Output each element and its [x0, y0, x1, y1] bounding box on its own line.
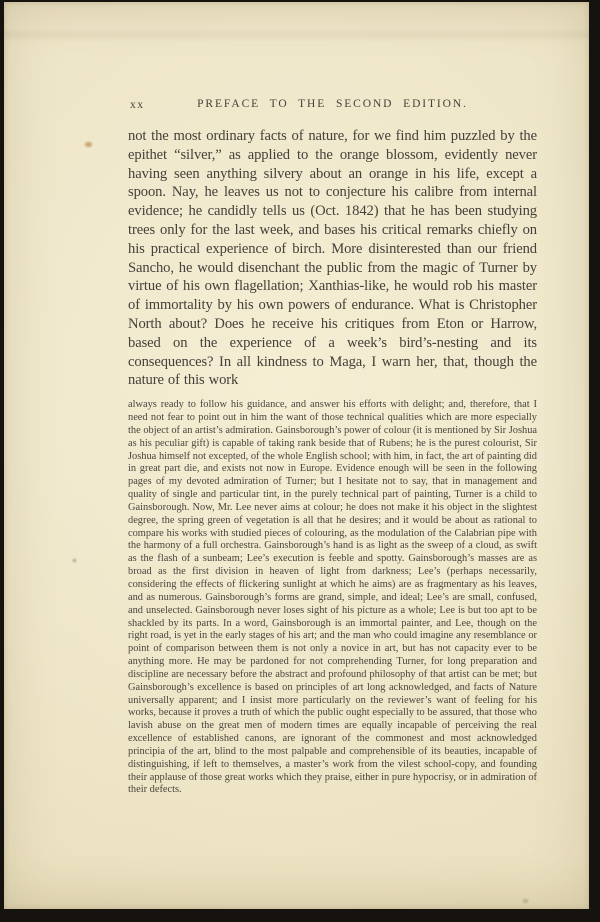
footnote-text: always ready to follow his guidance, and…: [128, 399, 537, 797]
scan-blemish-spot: [522, 898, 529, 904]
text-column: xx PREFACE TO THE SECOND EDITION. not th…: [128, 2, 537, 797]
scan-background: { "page": { "folio": "xx", "running_titl…: [0, 0, 600, 922]
book-page: xx PREFACE TO THE SECOND EDITION. not th…: [4, 2, 589, 909]
scan-blemish-spot: [84, 141, 93, 148]
scan-blemish-spot: [72, 558, 77, 563]
running-title: PREFACE TO THE SECOND EDITION.: [128, 98, 537, 110]
body-text: not the most ordinary facts of nature, f…: [128, 127, 537, 390]
page-number: xx: [130, 99, 145, 111]
page-header: xx PREFACE TO THE SECOND EDITION.: [128, 98, 537, 114]
